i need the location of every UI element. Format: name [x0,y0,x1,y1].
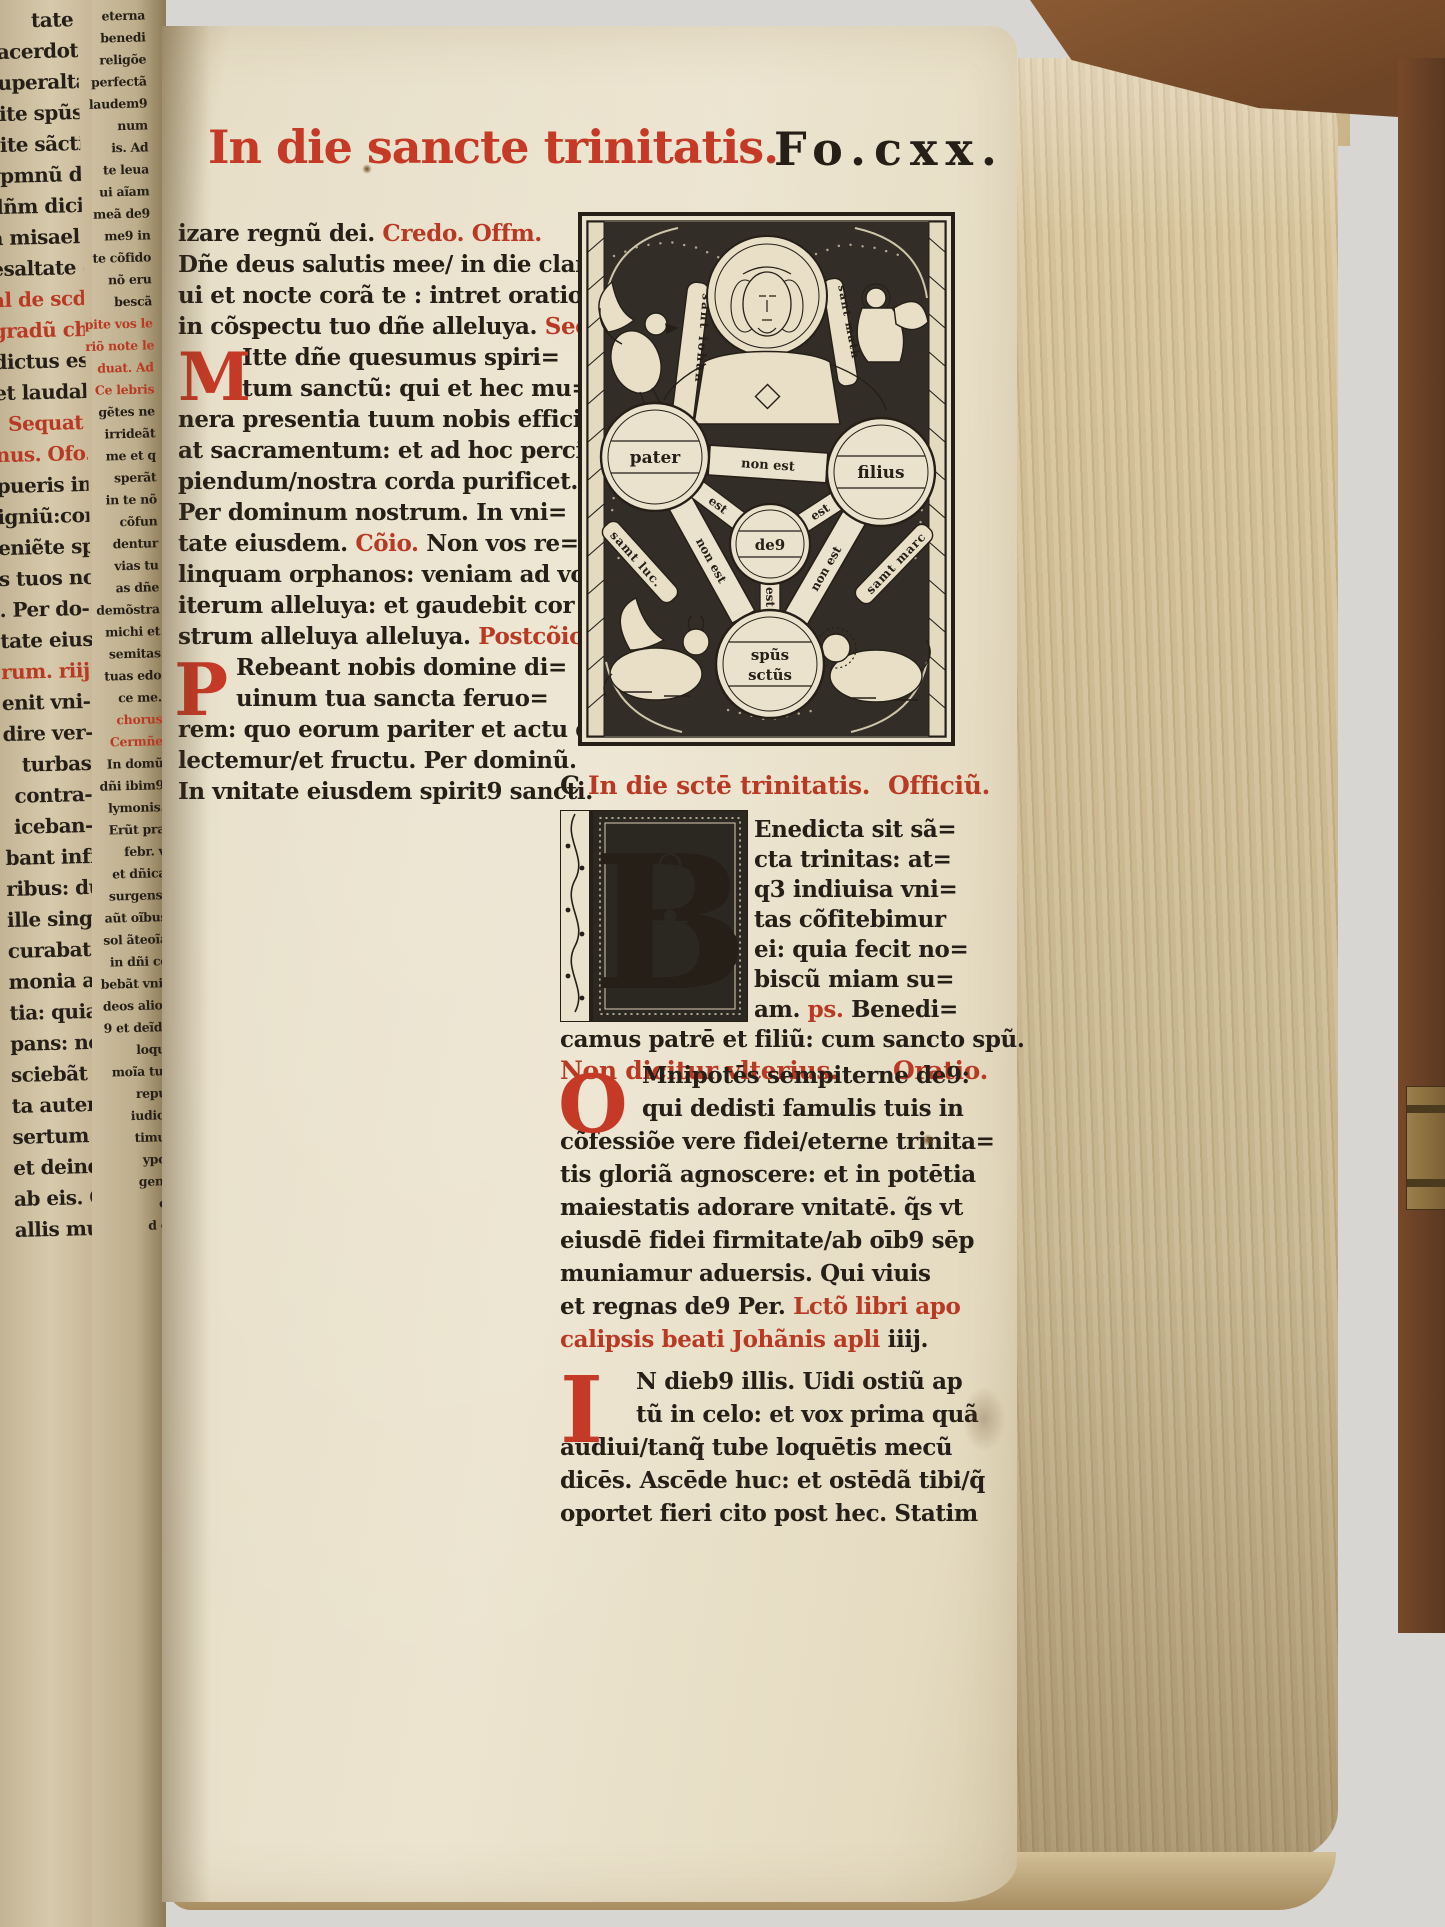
officium-heading: C In die sctē trinitatis. Officiũ. [560,771,990,800]
edge-text-fragment: curabat vos [8,937,101,970]
text-segment: iceban- [14,813,93,839]
text-segment: pite vos le [85,315,153,332]
edge-text-fragment: vias tu [90,557,165,581]
edge-text-fragment: eterna [77,7,152,31]
edge-text-fragment: pite vos le [84,315,159,339]
clasp-bar [1407,1105,1445,1113]
text-segment: In domũ [107,755,164,771]
text-segment: . Per do- [0,596,90,622]
text-segment: ps. [808,996,844,1023]
text-segment: izare regnũ dei. [178,220,382,247]
text-segment: chorus [116,711,162,727]
page-title: In die sancte trinitatis. [208,120,778,174]
edge-text-fragment: benedi [77,29,152,53]
edge-text-fragment: michi et [92,623,167,647]
initial-b-woodcut: B [560,810,748,1022]
text-segment: sertum loris [12,1123,105,1149]
edge-text-fragment: dñi ibim9 [96,777,171,801]
svg-text:sctũs: sctũs [748,666,792,684]
text-segment: eniẽte spiri [0,534,90,560]
edge-text-fragment: rum. riij [1,658,94,691]
text-line: linquam orphanos: veniam ad vos [178,561,570,592]
text-segment: strum alleluya alleluya. [178,623,478,650]
text-line: am. ps. Benedi= [754,996,994,1026]
text-segment: dñi ibim9 [99,777,164,794]
edge-text-fragment: demõstra [91,601,166,625]
text-line: Rebeant nobis domine di= [178,654,570,685]
text-segment: In vnitate eiusdem spirit9 sancti. [178,778,593,805]
edge-text-fragment: bant infraoctã [5,844,98,877]
svg-text:pater: pater [630,448,682,468]
text-segment: sol ãteoĩa [103,931,168,948]
svg-text:filius: filius [857,463,904,483]
text-line: at sacramentum: et ad hoc perci= [178,437,570,468]
text-segment: Benedi= [844,996,958,1023]
edge-text-fragment: et laudabilis [0,379,87,412]
text-segment: Non vos re= [419,530,579,557]
edge-text-fragment: pueris im [0,472,89,505]
text-segment: lectemur/et fructu. Per dominũ. [178,747,577,774]
text-segment: is. Ad [111,139,148,155]
initial-m: M [178,344,251,410]
fore-edge-page-stack [1016,58,1338,1870]
text-segment: dicēs. Ascēde huc: et ostēdã tibi/q̃ [560,1467,985,1494]
text-segment: Rebeant nobis domine di= [236,654,567,681]
text-segment: Postcõio. [478,623,591,650]
initial-p: P [174,654,228,726]
text-segment: camus patrē et filiũ: cum sancto spũ. [560,1026,1024,1053]
text-segment: iiij. [888,1326,929,1353]
text-segment: nõ eru [108,271,152,287]
text-segment: eterna [101,7,145,23]
edge-text-fragment: duat. Ad [86,359,161,383]
text-segment: febr. v [124,843,166,859]
text-segment: michi et [105,623,160,639]
edge-text-fragment: ta autem dñ [11,1092,104,1125]
text-segment: riõ note le [85,337,154,354]
text-segment: sperãt [114,469,157,485]
text-segment: cõfun [119,513,157,529]
text-segment: Sequat [8,410,83,436]
edge-text-fragment: perfectã [79,73,154,97]
text-line: ui et nocte corã te : intret oratio mea [178,282,570,313]
text-segment: et dñica [112,865,166,881]
edge-text-fragment: lymonis. [96,799,171,823]
text-segment: ille singulis die [7,906,100,932]
edge-text-fragment: iceban- [5,813,98,846]
edge-text-fragment: In domũ [95,755,170,779]
heading-right: Officiũ. [888,771,990,800]
text-line: q3 indiuisa vni= [754,876,994,906]
edge-text-fragment: esaltate eum [0,255,84,288]
text-segment: tate eiusd [0,627,93,653]
edge-text-fragment: Cermñe [95,733,170,757]
initial-o: O [558,1064,628,1144]
book-photo: tatesacerdotes dñisuperaltate eũcite spũ… [0,0,1445,1927]
text-segment: monia a mul [8,968,101,994]
text-segment: calipsis beati Johãnis apli [560,1326,888,1353]
text-line: piendum/nostra corda purificet. [178,468,570,499]
text-segment: dictus es dñe [0,348,86,374]
edge-text-fragment: num [80,117,155,141]
officium-text: Enedicta sit sã= cta trinitas: at= q3 in… [754,816,994,1026]
epistle-paragraph: N dieb9 illis. Uidi ostiũ ap tũ in celo:… [560,1368,992,1533]
text-segment: dentur [112,535,158,551]
text-segment: me et q [105,447,156,463]
svg-text:est: est [763,587,777,607]
edge-text-fragment: laudem9 [79,95,154,119]
text-segment: meã de9 [93,205,150,221]
text-segment: tate [31,7,74,32]
edge-text-fragment: ui aĩam [81,183,156,207]
filius-circle: filius [827,418,935,526]
text-segment: surgens: [109,887,167,903]
edge-text-fragment: al de scda fo- [0,286,84,319]
text-segment: at sacramentum: et ad hoc perci= [178,437,603,464]
text-segment: turbas [22,751,92,777]
text-segment: al de scda fo- [0,286,84,312]
text-segment: linquam orphanos: veniam ad vos [178,561,598,588]
edge-text-fragment: is. Ad [80,139,155,163]
edge-text-fragment: dire ver- [2,720,95,753]
edge-text-fragment: ypmnũ dicite. [0,162,81,195]
text-segment: demõstra [96,601,160,618]
text-line: audiui/tanq̃ tube loquētis mecũ [560,1434,992,1467]
text-segment: oportet fieri cito post hec. Statim [560,1500,978,1527]
edge-text-fragment: ce me. [94,689,169,713]
edge-text-fragment: . Per do- [0,596,92,629]
heading-left: C In die sctē trinitatis. [560,771,870,800]
text-segment: biscũ miam su= [754,966,954,993]
text-segment: et regnas de9 Per. [560,1293,793,1320]
deus-circle: de9 [730,504,810,584]
edge-text-fragment: semitas [93,645,168,669]
text-segment: as dñe [115,579,159,595]
edge-text-fragment: tate eiusd [0,627,93,660]
edge-text-fragment: igniũ:con- [0,503,90,536]
text-segment: iterum alleluya: et gaudebit cor ve= [178,592,628,619]
text-segment: qui dedisti famulis tuis in [642,1095,963,1122]
text-segment: Mnipotēs sempiterne de9: [642,1062,970,1089]
text-segment: rum. riij [1,658,90,684]
edge-text-fragment: sciebãt ypsū [11,1061,104,1094]
edge-text-fragment: enit vni- [2,689,95,722]
brass-clasp [1406,1086,1445,1210]
text-segment: pans: non [10,1030,103,1056]
edge-text-fragment: superaltate eũ [0,69,79,102]
text-segment: vias tu [114,557,159,573]
text-segment: C [560,771,588,800]
text-line: maiestatis adorare vnitatē. q̃s vt [560,1194,992,1227]
text-segment: bebãt vni9 [101,975,172,992]
text-segment: tas cõfitebimur [754,906,946,933]
text-segment: pueris im [0,472,89,498]
edge-text-fragment: pans: non [10,1030,103,1063]
text-segment: curabat vos [8,937,101,963]
edge-text-fragment: bescã [84,293,159,317]
text-segment: Dñe deus salutis mee/ in die clama= [178,251,632,278]
text-segment: gradũ chori [0,317,85,343]
text-segment: in cõspectu tuo dñe alleluya. [178,313,545,340]
text-line: ei: quia fecit no= [754,936,994,966]
text-segment: bant infraoctã [5,844,98,870]
text-segment: cite spũs et aie [0,100,80,126]
text-segment: in te nõ [105,491,157,507]
text-segment: ei: quia fecit no= [754,936,968,963]
edge-text-fragment: sertum loris [12,1123,105,1156]
edge-text-fragment: monia a mul [8,968,101,1001]
edge-text-fragment: nus. Ofo. [0,441,88,474]
text-segment: ce me. [118,689,162,705]
edge-text-fragment: tate [0,7,78,40]
edge-text-fragment: in te nõ [89,491,164,515]
text-segment: gẽtes ne [98,403,155,419]
text-segment: tum sanctũ: qui et hec mu= [242,375,590,402]
text-segment: irrideãt [104,425,155,441]
edge-text-fragment: tuas edo [93,667,168,691]
text-line: camus patrē et filiũ: cum sancto spũ. [560,1026,990,1053]
text-segment: te leua [103,161,149,177]
text-segment: esaltate eum [0,255,84,281]
edge-text-fragment: gradũ chori [0,317,85,350]
text-segment: et laudabilis [0,379,87,405]
text-segment: s tuos non [0,565,91,591]
text-segment: uinum tua sancta feruo= [236,685,548,712]
edge-text-fragment: Erũt pra [97,821,172,845]
facing-page-outer-edge: tatesacerdotes dñisuperaltate eũcite spũ… [0,0,92,1927]
text-segment: Per dominum nostrum. In vni= [178,499,567,526]
text-segment: Lctõ libri apo [793,1293,960,1320]
text-segment: ypmnũ dicite. [0,162,81,188]
text-segment: dñm dicite: [0,193,82,219]
text-segment: ta autem dñ [11,1092,104,1118]
text-segment: eiusdē fidei firmitate/ab oīb9 sēp [560,1227,974,1254]
facing-page-inner-edge: eternabenedireligõeperfectãlaudem9numis.… [92,0,166,1927]
text-line: et regnas de9 Per. Lctõ libri apo [560,1293,992,1326]
svg-text:de9: de9 [755,536,785,554]
edge-text-fragment: turbas [3,751,96,784]
edge-text-fragment: eniẽte spiri [0,534,90,567]
text-line: oportet fieri cito post hec. Statim [560,1500,992,1533]
text-line: tas cõfitebimur [754,906,994,936]
text-segment: contra- [14,782,92,808]
text-segment: Cermñe [110,733,163,749]
edge-text-fragment: chorus [94,711,169,735]
edge-text-fragment: a misael dño [0,224,83,257]
text-segment: nus. Ofo. [0,441,88,467]
edge-text-fragment: meã de9 [82,205,157,229]
text-segment: sciebãt ypsū [11,1061,104,1087]
edge-text-fragment: sacerdotes dñi [0,38,78,71]
text-segment: Enedicta sit sã= [754,816,956,843]
edge-text-fragment: te leua [81,161,156,185]
left-text-column: izare regnũ dei. Credo. Offm. Dñe deus s… [178,220,570,809]
edge-text-fragment: me et q [88,447,163,471]
text-line: eiusdē fidei firmitate/ab oīb9 sēp [560,1227,992,1260]
text-line: Dñe deus salutis mee/ in die clama= [178,251,570,282]
text-line: muniamur aduersis. Qui viuis [560,1260,992,1293]
text-segment: me9 in [104,227,151,243]
text-segment: lymonis. [108,799,165,815]
text-line: lectemur/et fructu. Per dominũ. [178,747,570,778]
edge-text-fragment: cite sãcti et hu- [0,131,81,164]
edge-text-fragment: nõ eru [83,271,158,295]
initial-i: I [560,1364,603,1456]
edge-text-fragment: ribus: duerbãt [6,875,99,908]
text-line: In vnitate eiusdem spirit9 sancti. [178,778,570,809]
text-line: dicēs. Ascēde huc: et ostēdã tibi/q̃ [560,1467,992,1500]
edge-text-fragment: contra- [4,782,97,815]
text-segment: q3 indiuisa vni= [754,876,957,903]
text-segment: 9 et deĩde [103,1019,170,1036]
text-segment: religõe [99,51,146,67]
text-line: uinum tua sancta feruo= [178,685,570,716]
text-segment: Ce lebris [95,381,155,397]
text-line: Enedicta sit sã= [754,816,994,846]
text-line: rem: quo eorum pariter et actu de= [178,716,570,747]
text-segment: Itte dñe quesumus spiri= [242,344,560,371]
oratio-paragraph: Mnipotēs sempiterne de9: qui dedisti fam… [560,1062,992,1359]
text-segment: enit vni- [2,689,91,715]
text-segment: superaltate eũ [0,69,79,95]
text-segment: muniamur aduersis. Qui viuis [560,1260,931,1287]
edge-text-fragment: ille singulis die [7,906,100,939]
text-segment: dire ver- [2,720,93,746]
text-segment: tũ in celo: et vox prima quã [636,1401,978,1428]
text-segment: Cõio. [355,530,418,557]
edge-text-fragment: Ce lebris [86,381,161,405]
text-line: tis gloriã agnoscere: et in potētia [560,1161,992,1194]
text-line: izare regnũ dei. Credo. Offm. [178,220,570,251]
edge-text-fragment: as dñe [91,579,166,603]
text-segment: deos alios [103,997,170,1014]
text-segment: bescã [114,293,152,309]
edge-text-fragment: tia: quia tu [9,999,102,1032]
text-segment: perfectã [91,73,147,89]
text-segment: ribus: duerbãt [6,875,99,901]
edge-text-fragment: religõe [78,51,153,75]
text-segment: aũt oĩbus [104,909,167,926]
edge-text-fragment: irrideãt [87,425,162,449]
edge-text-fragment: Sequat [0,410,87,443]
text-segment: rem: quo eorum pariter et actu de= [178,716,624,743]
trinity-woodcut: sant iohan sant math [578,212,955,746]
edge-text-fragment: gẽtes ne [87,403,162,427]
text-segment: N dieb9 illis. Uidi ostiũ ap [636,1368,962,1395]
edge-text-fragment: dñm dicite: [0,193,82,226]
text-line: Per dominum nostrum. In vni= [178,499,570,530]
text-segment: benedi [100,29,146,45]
edge-text-fragment: te cõfido [83,249,158,273]
text-segment: te cõfido [92,249,151,265]
spiritus-circle: spũs sctũs [716,610,824,718]
text-segment: Credo. Offm. [382,220,541,247]
edge-text-fragment: febr. v [97,843,172,867]
text-segment: tis gloriã agnoscere: et in potētia [560,1161,976,1188]
text-segment: ui aĩam [99,183,150,199]
text-segment: tate eiusdem. [178,530,355,557]
edge-text-fragment: dictus es dñe [0,348,86,381]
text-line: biscũ miam su= [754,966,994,996]
text-segment: maiestatis adorare vnitatē. q̃s vt [560,1194,963,1221]
text-segment: piendum/nostra corda purificet. [178,468,578,495]
edge-text-fragment: s tuos non [0,565,91,598]
text-segment: in dñi cõ [110,953,169,969]
edge-text-fragment: dentur [90,535,165,559]
edge-text-fragment: cõfun [89,513,164,537]
text-line: tũ in celo: et vox prima quã [560,1401,992,1434]
text-line: cta trinitas: at= [754,846,994,876]
text-segment: ui et nocte corã te : intret oratio mea [178,282,643,309]
text-line: iterum alleluya: et gaudebit cor ve= [178,592,570,623]
text-line: N dieb9 illis. Uidi ostiũ ap [560,1368,992,1401]
edge-text-fragment: sperãt [88,469,163,493]
text-segment: semitas [109,645,161,661]
text-segment: Erũt pra [108,821,165,837]
text-segment: In die sctē trinitatis. [588,771,870,800]
text-line: strum alleluya alleluya. Postcõio. [178,623,570,654]
text-segment: a misael dño [0,224,83,250]
pater-circle: pater [601,403,709,511]
missal-page: In die sancte trinitatis. Fo.cxx. izare … [162,26,1017,1902]
text-segment: tia: quia tu [9,999,102,1025]
text-segment: tuas edo [104,667,161,683]
text-segment: cite sãcti et hu- [0,131,81,157]
text-line: calipsis beati Johãnis apli iiij. [560,1326,992,1359]
text-segment: sacerdotes dñi [0,38,78,64]
text-segment: audiui/tanq̃ tube loquētis mecũ [560,1434,952,1461]
edge-text-fragment: riõ note le [85,337,160,361]
text-segment: am. [754,996,808,1023]
leather-cover-edge [1398,58,1445,1633]
text-segment: igniũ:con- [0,503,90,529]
edge-text-fragment: cite spũs et aie [0,100,80,133]
folio-number: Fo.cxx. [774,122,1005,176]
text-segment: Officiũ. [888,771,990,800]
clasp-bar [1407,1179,1445,1187]
text-segment: laudem9 [89,95,148,111]
text-segment: cta trinitas: at= [754,846,951,873]
svg-text:spũs: spũs [751,646,789,664]
edge-text-fragment: me9 in [82,227,157,251]
text-segment: duat. Ad [97,359,154,375]
text-line: tate eiusdem. Cõio. Non vos re= [178,530,570,561]
text-segment: num [117,117,148,133]
